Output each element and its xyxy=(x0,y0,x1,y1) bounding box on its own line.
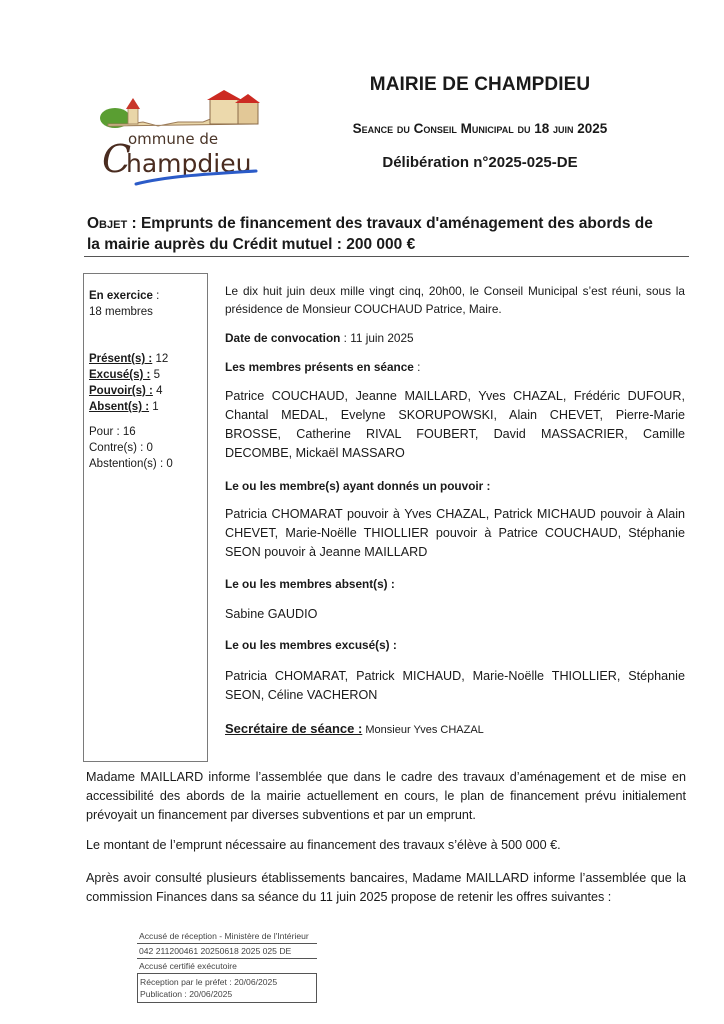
commune-logo: ommune de C hampdieu xyxy=(88,72,268,187)
excuses-heading: Le ou les membres excusé(s) : xyxy=(225,636,685,654)
presents-list: Patrice COUCHAUD, Jeanne MAILLARD, Yves … xyxy=(225,387,685,463)
pouvoirs-heading: Le ou les membre(s) ayant donnés un pouv… xyxy=(225,477,685,495)
objet-label: Objet : xyxy=(87,215,137,232)
page-title: MAIRIE DE CHAMPDIEU xyxy=(300,74,660,96)
objet-divider xyxy=(84,256,689,257)
presents-heading: Les membres présents en séance : xyxy=(225,358,685,376)
date-convocation: Date de convocation : 11 juin 2025 xyxy=(225,329,685,347)
en-exercice: En exercice : 18 membres xyxy=(89,288,159,320)
stamp-dates: Réception par le préfet : 20/06/2025 Pub… xyxy=(137,974,317,1003)
vote-summary-box xyxy=(83,273,208,762)
reception-stamp: Accusé de réception - Ministère de l'Int… xyxy=(137,929,317,1003)
vote-abstention: Abstention(s) : 0 xyxy=(89,456,173,472)
absents-heading: Le ou les membres absent(s) : xyxy=(225,575,685,593)
stamp-line-reference: 042 211200461 20250618 2025 025 DE xyxy=(137,944,317,959)
secretaire-seance: Secrétaire de séance : Monsieur Yves CHA… xyxy=(225,720,685,739)
count-presents: Présent(s) : 12 xyxy=(89,351,168,367)
objet-heading: Objet : Emprunts de financement des trav… xyxy=(87,213,667,255)
count-absents: Absent(s) : 1 xyxy=(89,399,168,415)
count-pouvoirs: Pouvoir(s) : 4 xyxy=(89,383,168,399)
excuses-list: Patricia CHOMARAT, Patrick MICHAUD, Mari… xyxy=(225,667,685,705)
session-intro: Le dix huit juin deux mille vingt cinq, … xyxy=(225,282,685,318)
svg-text:ommune de: ommune de xyxy=(128,130,218,148)
stamp-line-publication: Publication : 20/06/2025 xyxy=(140,988,314,1000)
seance-subtitle: Seance du Conseil Municipal du 18 juin 2… xyxy=(300,121,660,136)
body-paragraph-3: Après avoir consulté plusieurs établisse… xyxy=(86,869,686,907)
vote-contre: Contre(s) : 0 xyxy=(89,440,173,456)
body-paragraph-1: Madame MAILLARD informe l’assemblée que … xyxy=(86,768,686,825)
pouvoirs-list: Patricia CHOMARAT pouvoir à Yves CHAZAL,… xyxy=(225,505,685,562)
stamp-line-prefet: Réception par le préfet : 20/06/2025 xyxy=(140,976,314,988)
deliberation-number: Délibération n°2025-025-DE xyxy=(300,154,660,171)
vote-pour: Pour : 16 xyxy=(89,424,173,440)
objet-text: Emprunts de financement des travaux d'am… xyxy=(87,215,653,253)
count-excuses: Excusé(s) : 5 xyxy=(89,367,168,383)
body-paragraph-2: Le montant de l’emprunt nécessaire au fi… xyxy=(86,836,686,855)
absents-list: Sabine GAUDIO xyxy=(225,605,685,624)
attendance-counts: Présent(s) : 12 Excusé(s) : 5 Pouvoir(s)… xyxy=(89,351,168,415)
stamp-line-ministry: Accusé de réception - Ministère de l'Int… xyxy=(137,929,317,944)
vote-results: Pour : 16 Contre(s) : 0 Abstention(s) : … xyxy=(89,424,173,472)
stamp-line-certified: Accusé certifié exécutoire xyxy=(137,959,317,974)
